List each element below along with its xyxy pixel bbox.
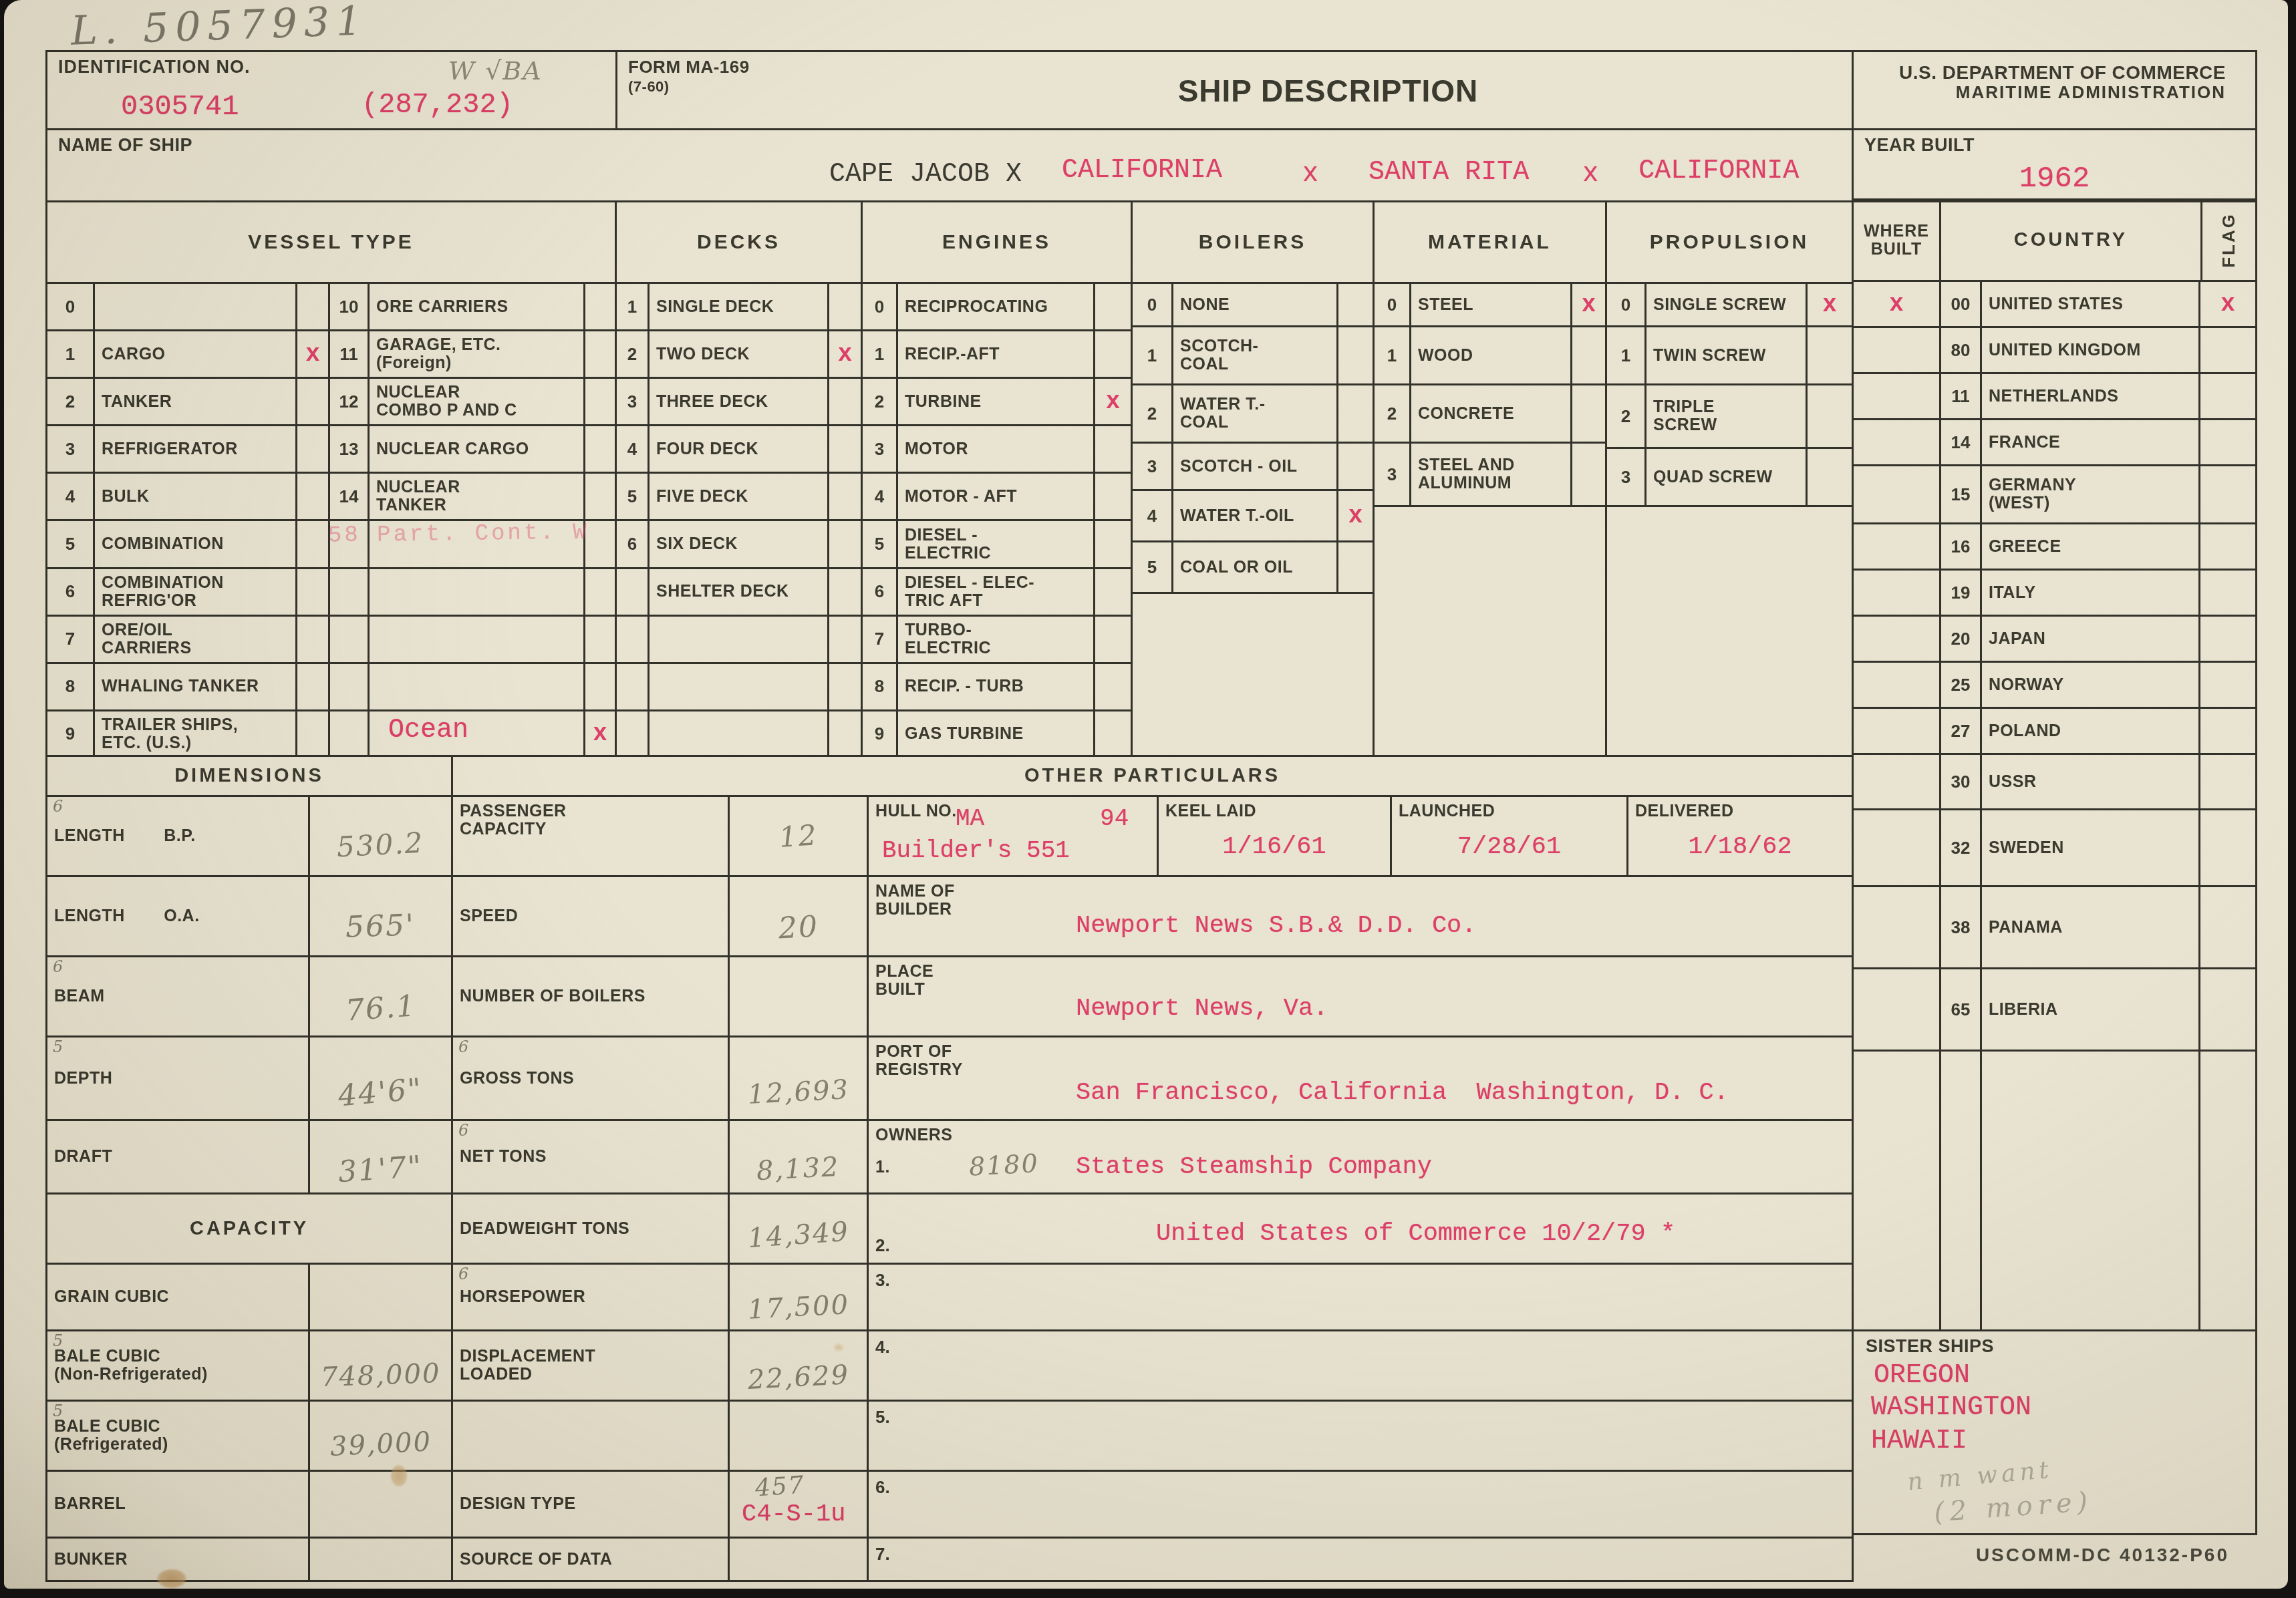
where-built-mark — [1854, 709, 1939, 753]
horsepower-value: 17,500 — [746, 1289, 849, 1325]
boiler-mark — [1338, 284, 1373, 325]
material-code: 2 — [1375, 385, 1409, 442]
country-code: 80 — [1941, 328, 1980, 372]
propulsion-label: TRIPLE SCREW — [1653, 398, 1717, 434]
vessel-mark-b — [585, 569, 615, 615]
displacement-label: DISPLACEMENT LOADED — [460, 1347, 595, 1384]
deck-label: FOUR DECK — [656, 440, 758, 458]
where-built-mark — [1854, 969, 1939, 1050]
country-code: 38 — [1941, 887, 1980, 967]
propulsion-code: 0 — [1607, 284, 1644, 325]
propulsion-mark — [1808, 385, 1852, 447]
delivered-cell: DELIVERED 1/18/62 — [1628, 797, 1852, 875]
engine-label: MOTOR - AFT — [905, 488, 1017, 506]
owner-3-number: 3. — [875, 1270, 890, 1291]
vessel-mark — [297, 711, 328, 757]
identification-cell: IDENTIFICATION NO. 0305741 (287,232) W √… — [47, 52, 615, 128]
grain-cubic-label: GRAIN CUBIC — [54, 1288, 169, 1306]
boiler-label: SCOTCH - OIL — [1180, 458, 1297, 476]
engines-group: ENGINES 0 RECIPROCATING 1 RECIP.-AFT — [861, 202, 1131, 757]
hull-no-value-line2: Builder's 551 — [882, 837, 1070, 864]
vessel-code: 2 — [47, 379, 93, 424]
vessel-label: COMBINATION REFRIG'OR — [102, 574, 224, 610]
handwritten-check-note: W √BA — [448, 56, 543, 86]
name-of-ship-cell: NAME OF SHIP CAPE JACOB X CALIFORNIA x S… — [47, 130, 1852, 200]
vessel-mark-b — [585, 474, 615, 519]
country-code: 15 — [1941, 466, 1980, 522]
owners-label: OWNERS — [875, 1126, 953, 1144]
propulsion-code: 3 — [1607, 449, 1644, 505]
vessel-label: COMBINATION — [102, 535, 224, 553]
engine-code: 0 — [863, 284, 896, 329]
vessel-type-group: VESSEL TYPE 0 10 ORE CARRIERS 1 CARGO — [47, 202, 615, 757]
year-built-label: YEAR BUILT — [1864, 136, 1975, 155]
flag-mark — [2200, 1052, 2255, 1329]
flag-mark — [2200, 524, 2255, 569]
keel-laid-label: KEEL LAID — [1165, 802, 1256, 820]
propulsion-mark: x — [1808, 284, 1852, 325]
boiler-code: 4 — [1133, 491, 1171, 540]
flag-mark: x — [2200, 282, 2255, 326]
name-of-ship-band: NAME OF SHIP CAPE JACOB X CALIFORNIA x S… — [45, 128, 2257, 202]
owner-4-cell: 4. — [869, 1331, 1852, 1400]
engine-mark — [1095, 711, 1131, 757]
identification-number: 0305741 — [121, 91, 239, 123]
ship-stamp-1: CALIFORNIA — [1062, 156, 1222, 186]
design-type-value-cell: 457 C4-S-1u — [730, 1472, 867, 1537]
country-label: UNITED STATES — [1989, 295, 2123, 313]
country-header: COUNTRY — [1939, 200, 2200, 280]
length-oa-value: 565' — [345, 908, 416, 945]
deck-mark — [829, 711, 861, 757]
sister-ships-label: SISTER SHIPS — [1866, 1337, 1994, 1356]
vessel-mark-b — [585, 331, 615, 377]
ship-name-line: CAPE JACOB X CALIFORNIA x SANTA RITA x C… — [829, 160, 1799, 190]
owner-5-cell: 5. — [869, 1402, 1852, 1470]
material-code: 3 — [1375, 444, 1409, 505]
sister-ships-box: SISTER SHIPS OREGON WASHINGTON HAWAII n … — [1852, 1329, 2257, 1535]
owner-2-cell: 2. United States of Commerce 10/2/79 * — [869, 1194, 1852, 1263]
propulsion-code: 1 — [1607, 327, 1644, 383]
beam-cell: 6 BEAM — [47, 957, 308, 1035]
particulars-section: DIMENSIONS OTHER PARTICULARS 6 LENGTH B.… — [45, 755, 1854, 1582]
vessel-code: 4 — [47, 474, 93, 519]
design-type-value: C4-S-1u — [742, 1500, 845, 1529]
keel-laid-cell: KEEL LAID 1/16/61 — [1159, 797, 1390, 875]
boiler-code: 5 — [1133, 542, 1171, 592]
boilers-group: BOILERS 0 NONE 1 SCOTCH- COAL — [1131, 202, 1373, 757]
deck-mark — [829, 284, 861, 329]
country-code — [1941, 1052, 1980, 1329]
owner-1-number: 1. — [875, 1158, 890, 1176]
net-tons-cell: 6 NET TONS — [453, 1121, 728, 1192]
vessel-label: CARGO — [102, 345, 166, 363]
country-label: NETHERLANDS — [1989, 387, 2118, 406]
vessel-type-header: VESSEL TYPE — [47, 202, 615, 284]
country-label: POLAND — [1989, 722, 2061, 740]
propulsion-label: TWIN SCREW — [1653, 347, 1766, 365]
port-of-registry-cell: PORT OF REGISTRY San Francisco, Californ… — [869, 1037, 1852, 1119]
vessel-code-b — [330, 664, 368, 709]
vessel-mark-b — [585, 284, 615, 329]
deck-mark: x — [829, 331, 861, 377]
engine-code: 2 — [863, 379, 896, 424]
deck-mark — [829, 664, 861, 709]
launched-label: LAUNCHED — [1399, 802, 1495, 820]
vessel-label: TANKER — [102, 393, 172, 411]
vessel-code-b: 13 — [330, 426, 368, 472]
hull-no-label: HULL NO. — [875, 802, 957, 820]
draft-cell: DRAFT — [47, 1121, 308, 1192]
delivered-label: DELIVERED — [1635, 802, 1734, 820]
sister-ships-pencil-note-2: (2 more) — [1933, 1486, 2094, 1529]
vessel-code: 3 — [47, 426, 93, 472]
boiler-label: COAL OR OIL — [1180, 558, 1293, 577]
vessel-code-b: 10 — [330, 284, 368, 329]
vessel-label: WHALING TANKER — [102, 677, 259, 695]
gross-tons-value: 12,693 — [746, 1074, 849, 1110]
vessel-mark — [297, 379, 328, 424]
material-code: 1 — [1375, 327, 1409, 383]
material-label: CONCRETE — [1418, 405, 1514, 423]
propulsion-empty-area — [1607, 507, 1852, 757]
deck-code: 6 — [617, 521, 648, 567]
vessel-mark — [297, 474, 328, 519]
draft-value: 31'7" — [337, 1150, 424, 1190]
flag-mark — [2200, 571, 2255, 615]
engine-label: MOTOR — [905, 440, 968, 458]
flag-mark — [2200, 755, 2255, 808]
bale-cubic-r-cell: 5 BALE CUBIC (Refrigerated) — [47, 1402, 308, 1470]
country-code: 25 — [1941, 663, 1980, 707]
vessel-mark — [297, 617, 328, 662]
length-oa-cell: LENGTH O.A. — [47, 877, 308, 955]
country-code: 65 — [1941, 969, 1980, 1050]
material-mark — [1572, 385, 1605, 442]
deck-label: SINGLE DECK — [656, 298, 774, 316]
hull-no-value-line1: MA 94 — [956, 805, 1129, 832]
country-label: NORWAY — [1989, 676, 2064, 694]
length-bp-value: 530.2 — [336, 826, 425, 864]
material-mark — [1572, 327, 1605, 383]
displacement-value: 22,629 — [746, 1360, 849, 1396]
pencil-tick: 6 — [53, 957, 63, 976]
material-header: MATERIAL — [1375, 202, 1605, 284]
engine-mark — [1095, 474, 1131, 519]
country-code: 11 — [1941, 374, 1980, 418]
vessel-code: 0 — [47, 284, 93, 329]
faded-stamp-part-cont: 58 Part. Cont. W — [328, 520, 589, 549]
boiler-label: WATER T.-OIL — [1180, 507, 1294, 525]
where-built-mark — [1854, 663, 1939, 707]
paper-stain — [390, 1464, 408, 1487]
deck-code: 5 — [617, 474, 648, 519]
length-bp-cell: 6 LENGTH B.P. — [47, 797, 308, 875]
builder-cell: NAME OF BUILDER Newport News S.B.& D.D. … — [869, 877, 1852, 955]
propulsion-code: 2 — [1607, 385, 1644, 447]
vessel-code-b: 14 — [330, 474, 368, 519]
propulsion-label: SINGLE SCREW — [1653, 296, 1786, 314]
agency-cell: U.S. DEPARTMENT OF COMMERCE MARITIME ADM… — [1852, 52, 2255, 128]
speed-value: 20 — [777, 909, 819, 945]
boiler-code: 0 — [1133, 284, 1171, 325]
flag-mark — [2200, 709, 2255, 753]
country-label: FRANCE — [1989, 434, 2060, 452]
deck-label: SHELTER DECK — [656, 583, 789, 601]
vessel-code-b: 11 — [330, 331, 368, 377]
country-label: SWEDEN — [1989, 839, 2064, 857]
deck-label: THREE DECK — [656, 393, 768, 411]
ocean-stamp: Ocean — [388, 715, 468, 746]
boiler-code: 2 — [1133, 385, 1171, 442]
pencil-tick: 6 — [458, 1121, 468, 1140]
number-of-boilers-label: NUMBER OF BOILERS — [460, 987, 645, 1005]
owner-1-pencil-code: 8180 — [968, 1148, 1040, 1181]
horsepower-cell: 6 HORSEPOWER — [453, 1265, 728, 1329]
vessel-label-b: NUCLEAR TANKER — [376, 478, 460, 514]
barrel-label: BARREL — [54, 1495, 126, 1513]
owner-2-value: United States of Commerce 10/2/79 * — [1156, 1220, 1675, 1248]
engine-mark — [1095, 521, 1131, 567]
vessel-mark-b: x — [585, 711, 615, 757]
keel-laid-value: 1/16/61 — [1222, 833, 1326, 861]
vessel-code-b: 12 — [330, 379, 368, 424]
material-mark: x — [1572, 284, 1605, 325]
engine-code: 8 — [863, 664, 896, 709]
where-built-mark: x — [1854, 282, 1939, 326]
pencil-tick: 5 — [53, 1037, 63, 1056]
launched-cell: LAUNCHED 7/28/61 — [1392, 797, 1626, 875]
where-built-mark — [1854, 328, 1939, 372]
flag-mark — [2200, 420, 2255, 464]
vessel-code: 8 — [47, 664, 93, 709]
country-label: GREECE — [1989, 538, 2061, 556]
country-code: 30 — [1941, 755, 1980, 808]
owner-1-cell: OWNERS 1. 8180 States Steamship Company — [869, 1121, 1852, 1192]
name-of-ship-label: NAME OF SHIP — [58, 136, 192, 155]
vessel-code-b — [330, 711, 368, 757]
agency-line1: U.S. DEPARTMENT OF COMMERCE — [1854, 63, 2226, 83]
country-code: 32 — [1941, 810, 1980, 885]
deck-code — [617, 711, 648, 757]
ship-stamp-sep-2: x — [1582, 160, 1598, 190]
flag-mark — [2200, 617, 2255, 661]
deck-label: FIVE DECK — [656, 488, 748, 506]
boiler-code: 1 — [1133, 327, 1171, 383]
propulsion-header: PROPULSION — [1607, 202, 1852, 284]
paper-stain — [833, 1343, 845, 1352]
vessel-label: ORE/OIL CARRIERS — [102, 621, 192, 657]
paper-stain — [156, 1569, 187, 1589]
engine-mark: x — [1095, 379, 1131, 424]
engine-mark — [1095, 331, 1131, 377]
identification-label: IDENTIFICATION NO. — [58, 57, 251, 77]
engine-code: 9 — [863, 711, 896, 757]
material-label: STEEL — [1418, 296, 1473, 314]
sister-ship-1: OREGON — [1874, 1361, 1970, 1391]
engine-mark — [1095, 426, 1131, 472]
boilers-header: BOILERS — [1133, 202, 1373, 284]
boiler-mark — [1338, 542, 1373, 592]
vessel-code: 6 — [47, 569, 93, 615]
vessel-mark-b — [585, 426, 615, 472]
bunker-label: BUNKER — [54, 1551, 128, 1569]
bale-cubic-nr-cell: 5 BALE CUBIC (Non-Refrigerated) — [47, 1331, 308, 1400]
engine-code: 1 — [863, 331, 896, 377]
flag-mark — [2200, 328, 2255, 372]
handwritten-serial: L. 5057931 — [70, 0, 369, 55]
engine-mark — [1095, 617, 1131, 662]
owner-2-number: 2. — [875, 1235, 890, 1256]
launched-value: 7/28/61 — [1457, 833, 1561, 861]
engine-code: 3 — [863, 426, 896, 472]
owner-3-cell: 3. — [869, 1265, 1852, 1329]
owner-6-cell: 6. — [869, 1472, 1852, 1537]
boiler-mark — [1338, 327, 1373, 383]
country-label: PANAMA — [1989, 919, 2063, 937]
speed-label: SPEED — [460, 907, 518, 925]
flag-mark — [2200, 374, 2255, 418]
vessel-code-b — [330, 617, 368, 662]
boiler-mark — [1338, 444, 1373, 489]
propulsion-mark — [1808, 327, 1852, 383]
builder-value: Newport News S.B.& D.D. Co. — [1076, 912, 1477, 940]
deck-label: TWO DECK — [656, 345, 750, 363]
bale-cubic-r-value: 39,000 — [329, 1426, 432, 1462]
country-code: 20 — [1941, 617, 1980, 661]
deck-mark — [829, 617, 861, 662]
design-type-label: DESIGN TYPE — [460, 1495, 576, 1513]
deck-label: SIX DECK — [656, 535, 738, 553]
engine-label: DIESEL - ELECTRIC — [905, 526, 991, 563]
delivered-value: 1/18/62 — [1688, 833, 1791, 861]
where-built-mark — [1854, 810, 1939, 885]
flag-mark — [2200, 887, 2255, 967]
bale-cubic-nr-value: 748,000 — [320, 1358, 441, 1393]
form-title-cell: FORM MA-169 (7-60) SHIP DESCRIPTION — [615, 52, 1852, 128]
deck-mark — [829, 379, 861, 424]
deck-code — [617, 617, 648, 662]
owner-6-number: 6. — [875, 1477, 890, 1498]
material-label: STEEL AND ALUMINUM — [1418, 456, 1515, 492]
sister-ship-3: HAWAII — [1871, 1426, 1967, 1456]
length-bp-label: LENGTH B.P. — [54, 827, 196, 845]
engine-label: GAS TURBINE — [905, 725, 1024, 743]
vessel-mark: x — [297, 331, 328, 377]
vessel-label-b: ORE CARRIERS — [376, 298, 509, 316]
vessel-mark-b — [585, 617, 615, 662]
builder-label: NAME OF BUILDER — [875, 883, 955, 919]
net-tons-value: 8,132 — [756, 1151, 841, 1186]
engine-code: 6 — [863, 569, 896, 615]
agency-line2: MARITIME ADMINISTRATION — [1854, 83, 2226, 102]
vessel-mark — [297, 426, 328, 472]
boiler-label: SCOTCH- COAL — [1180, 337, 1258, 373]
country-code: 16 — [1941, 524, 1980, 569]
vessel-code: 9 — [47, 711, 93, 757]
year-built-cell: YEAR BUILT 1962 — [1852, 130, 2255, 200]
vessel-label-b: NUCLEAR CARGO — [376, 440, 529, 458]
flag-mark — [2200, 969, 2255, 1050]
deck-mark — [829, 474, 861, 519]
vessel-label: TRAILER SHIPS, ETC. (U.S.) — [102, 716, 238, 752]
ship-typed-name: CAPE JACOB X — [829, 160, 1022, 190]
year-built-value: 1962 — [2019, 162, 2090, 196]
passenger-capacity-value: 12 — [778, 818, 819, 854]
decks-group: DECKS 1 SINGLE DECK 2 TWO DECK x — [615, 202, 861, 757]
where-built-mark — [1854, 617, 1939, 661]
depth-cell: 5 DEPTH — [47, 1037, 308, 1119]
vessel-code: 5 — [47, 521, 93, 567]
vessel-mark-b — [585, 664, 615, 709]
country-code: 00 — [1941, 282, 1980, 326]
vessel-mark-b — [585, 379, 615, 424]
engine-code: 4 — [863, 474, 896, 519]
place-built-value: Newport News, Va. — [1076, 995, 1328, 1023]
form-revision: (7-60) — [628, 79, 670, 95]
boiler-mark — [1338, 385, 1373, 442]
country-label: UNITED KINGDOM — [1989, 341, 2141, 359]
owner-5-number: 5. — [875, 1407, 890, 1428]
country-code: 19 — [1941, 571, 1980, 615]
engine-mark — [1095, 284, 1131, 329]
scanned-form-paper: L. 5057931 IDENTIFICATION NO. 0305741 (2… — [4, 0, 2288, 1589]
form-title: SHIP DESCRIPTION — [1178, 75, 1479, 108]
engine-label: TURBINE — [905, 393, 982, 411]
boiler-label: WATER T.- COAL — [1180, 395, 1266, 432]
owner-4-number: 4. — [875, 1337, 890, 1357]
hull-no-cell: HULL NO. MA 94 Builder's 551 — [869, 797, 1157, 875]
flag-header-label: FLAG — [2218, 212, 2239, 268]
where-built-mark — [1854, 1052, 1939, 1329]
deck-code — [617, 569, 648, 615]
ship-stamp-sep-1: x — [1302, 160, 1318, 190]
sister-ship-2: WASHINGTON — [1871, 1393, 2031, 1423]
engines-header: ENGINES — [863, 202, 1131, 284]
flag-header: FLAG — [2200, 200, 2255, 280]
engine-label: TURBO- ELECTRIC — [905, 621, 991, 657]
deadweight-tons-value: 14,349 — [746, 1217, 850, 1254]
port-of-registry-label: PORT OF REGISTRY — [875, 1043, 963, 1079]
other-particulars-header: OTHER PARTICULARS — [453, 757, 1852, 795]
boiler-code: 3 — [1133, 444, 1171, 489]
deck-mark — [829, 426, 861, 472]
vessel-mark — [297, 284, 328, 329]
identification-paren: (287,232) — [362, 89, 513, 121]
pencil-tick: 5 — [53, 1331, 63, 1350]
classification-table: VESSEL TYPE 0 10 ORE CARRIERS 1 CARGO — [45, 200, 1854, 759]
propulsion-group: PROPULSION 0 SINGLE SCREW x 1 TWIN SCREW — [1605, 202, 1852, 757]
vessel-mark-b — [585, 521, 615, 567]
footer-print-code: USCOMM-DC 40132-P60 — [1641, 1545, 2229, 1566]
deck-mark — [829, 521, 861, 567]
vessel-mark — [297, 521, 328, 567]
country-label: USSR — [1989, 773, 2036, 791]
country-label: LIBERIA — [1989, 1001, 2058, 1019]
engine-label: DIESEL - ELEC- TRIC AFT — [905, 574, 1034, 610]
boiler-mark: x — [1338, 491, 1373, 540]
material-group: MATERIAL 0 STEEL x 1 WOOD — [1373, 202, 1605, 757]
deck-code — [617, 664, 648, 709]
vessel-label-b: NUCLEAR COMBO P AND C — [376, 383, 517, 420]
country-label: ITALY — [1989, 584, 2036, 602]
deck-code: 4 — [617, 426, 648, 472]
port-of-registry-value: San Francisco, California Washington, D.… — [1076, 1079, 1729, 1107]
engine-mark — [1095, 664, 1131, 709]
ship-stamp-3: CALIFORNIA — [1638, 156, 1799, 186]
pencil-tick: 6 — [458, 1265, 468, 1283]
engine-code: 5 — [863, 521, 896, 567]
